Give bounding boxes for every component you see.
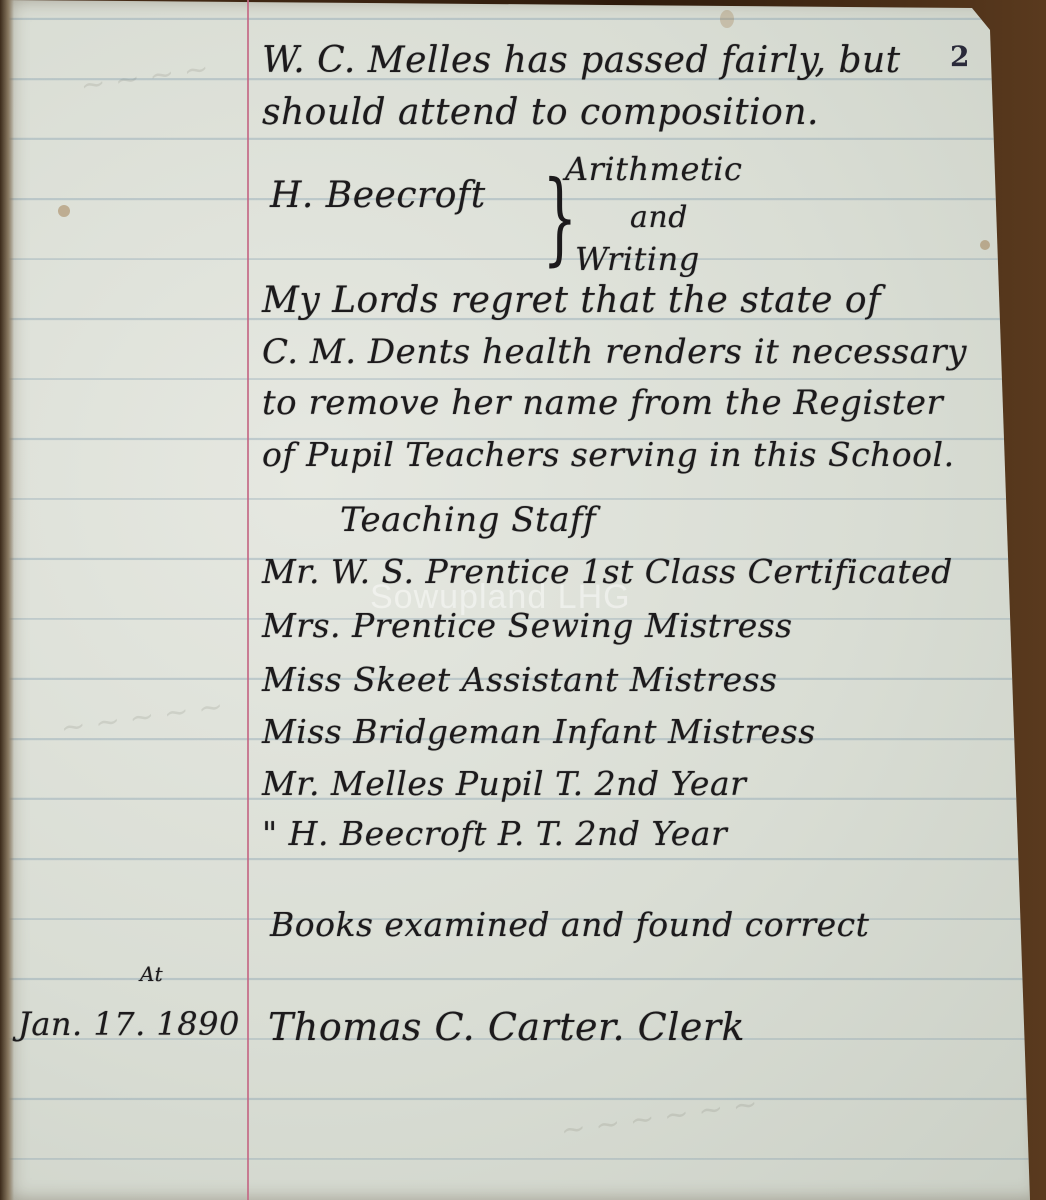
staff-role: Assistant Mistress [462,660,778,699]
staff-row: " H. Beecroft P. T. 2nd Year [262,814,727,853]
entry-line-2: should attend to composition. [262,92,819,133]
margin-date-mark: At [140,962,163,986]
staff-name: " H. Beecroft [262,814,487,853]
staff-row: Miss Skeet Assistant Mistress [262,660,778,699]
staff-name: Miss Bridgeman [262,712,542,751]
entry-line-4: C. M. Dents health renders it necessary [262,332,967,372]
subject-and: and [630,200,688,235]
staff-row: Mr. Melles Pupil T. 2nd Year [262,764,746,803]
ink-stain [980,240,990,250]
entry-line-5: to remove her name from the Register [262,383,943,423]
page-number: 2 [950,40,969,73]
staff-name: Mr. Melles [262,764,445,803]
books-note: Books examined and found correct [270,905,869,944]
margin-date: Jan. 17. 1890 [18,1005,240,1043]
staff-row: Miss Bridgeman Infant Mistress [262,712,816,751]
subject-writing: Writing [575,240,700,278]
staff-role: Pupil T. 2nd Year [456,764,747,803]
entry-line-3: My Lords regret that the state of [262,280,881,321]
entry-line-1: W. C. Melles has passed fairly, but [262,40,901,81]
staff-role: P. T. 2nd Year [498,814,727,853]
margin-rule [247,0,249,1200]
staff-role: 1st Class Certificated [581,552,953,591]
staff-role: Infant Mistress [553,712,815,751]
clerk-signature: Thomas C. Carter. Clerk [268,1005,745,1049]
page-gutter [0,0,14,1200]
subject-arithmetic: Arithmetic [565,150,742,188]
entry-line-6: of Pupil Teachers serving in this School… [262,435,955,474]
beecroft-name: H. Beecroft [270,175,486,216]
staff-heading: Teaching Staff [340,500,596,540]
ink-stain [58,205,70,217]
staff-name: Miss Skeet [262,660,451,699]
ledger-photo: ~ ~ ~ ~ ~ ~ ~ ~ ~ ~ ~ ~ ~ ~ ~ 2 W. C. Me… [0,0,1046,1200]
ink-stain [720,10,734,28]
watermark: Sowupland LHG [370,578,631,617]
